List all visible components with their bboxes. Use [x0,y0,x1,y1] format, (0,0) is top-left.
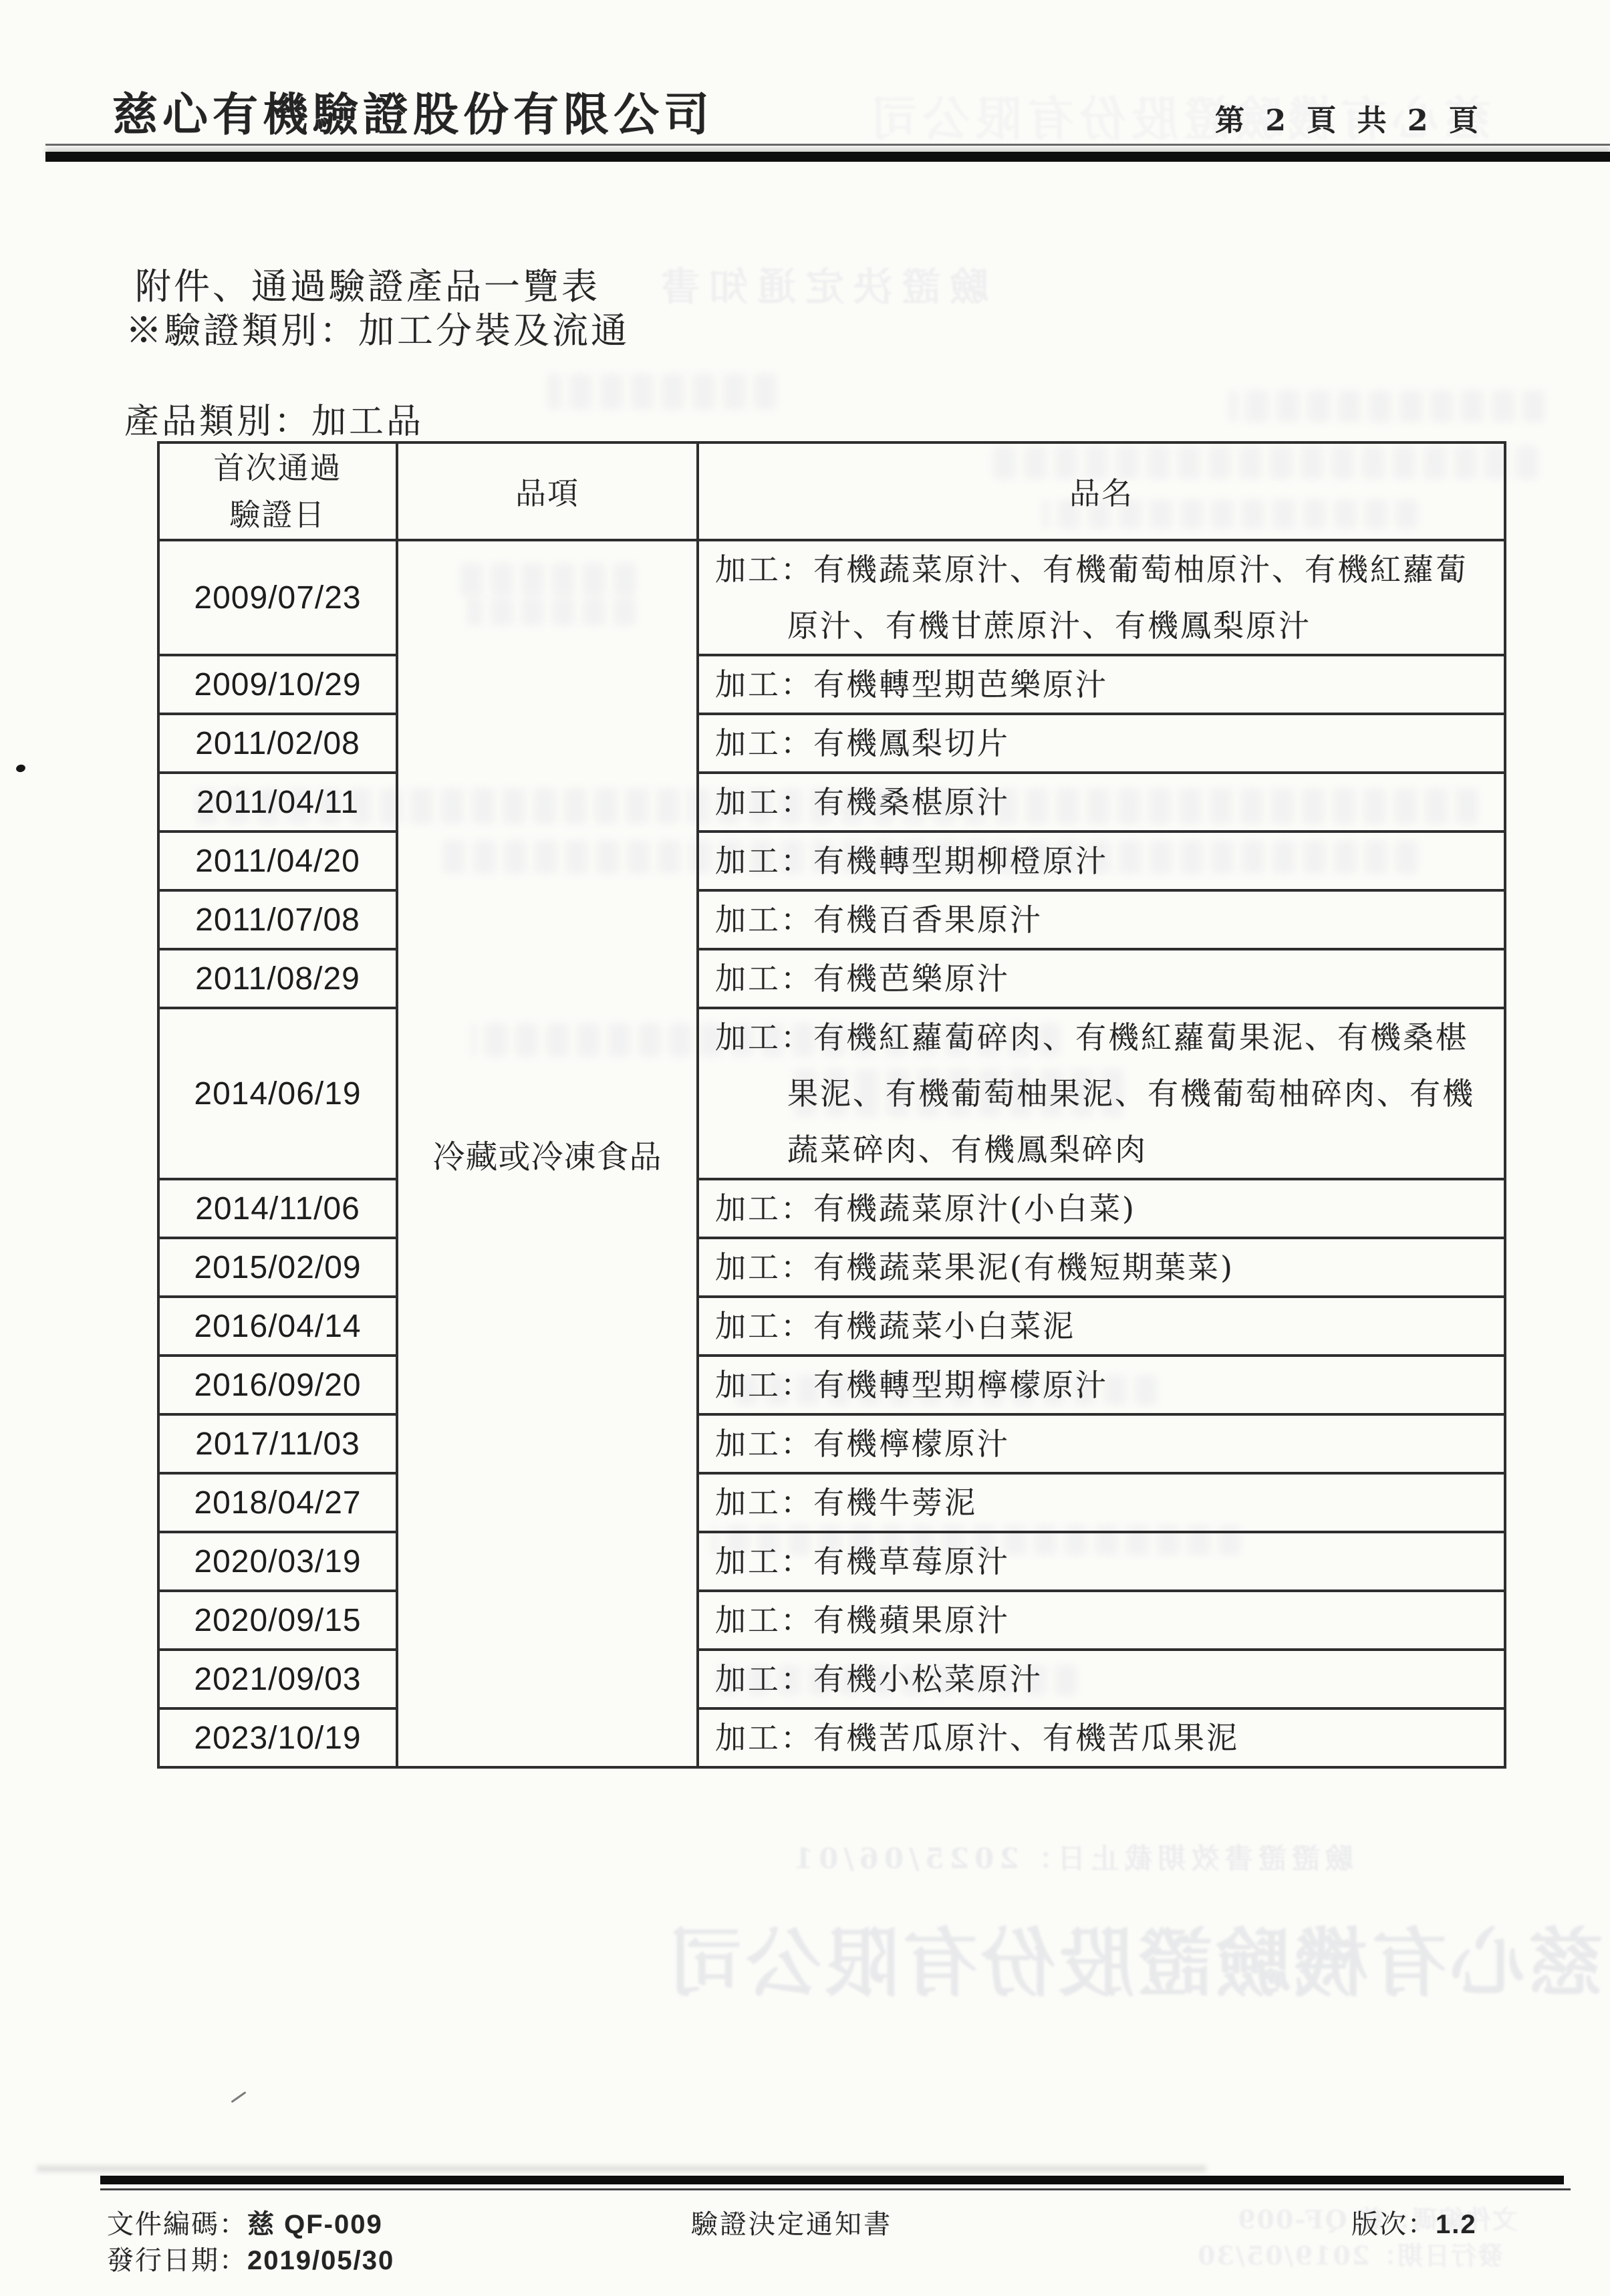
product-name-line: 加工：有機苦瓜原汁、有機苦瓜果泥 [715,1710,1493,1766]
product-name-cell: 加工：有機紅蘿蔔碎肉、有機紅蘿蔔果泥、有機桑椹果泥、有機葡萄柚果泥、有機葡萄柚碎… [698,1008,1505,1179]
page-indicator: 第 2 頁 共 2 頁 [1215,96,1480,139]
certification-type-note: ※驗證類別：加工分裝及流通 [126,302,630,354]
cert-date-cell: 2009/10/29 [158,655,397,714]
product-name-line: 原汁、有機甘蔗原汁、有機鳳梨原汁 [715,598,1493,654]
product-name-cell: 加工：有機轉型期檸檬原汁 [698,1356,1505,1414]
product-name-line: 加工：有機鳳梨切片 [715,715,1493,771]
table-header-row: 首次通過 驗證日 品項 品名 [158,442,1505,540]
header-rule-thick [45,152,1610,162]
table-row: 2018/04/27加工：有機牛蒡泥 [158,1473,1505,1532]
footer-issue-date-value: 2019/05/30 [247,2246,394,2275]
scanned-document-page: 慈心有機驗證股份有限公司 驗證決定通知書 驗證證書效期截止日：2025/06/0… [0,0,1610,2296]
table-row: 2011/04/20加工：有機轉型期柳橙原汁 [158,832,1505,890]
table-row: 2014/06/19加工：有機紅蘿蔔碎肉、有機紅蘿蔔果泥、有機桑椹果泥、有機葡萄… [158,1008,1505,1179]
product-name-line: 加工：有機蔬菜原汁、有機葡萄柚原汁、有機紅蘿蔔 [715,541,1493,598]
product-name-line: 加工：有機芭樂原汁 [715,950,1493,1007]
product-name-line: 加工：有機百香果原汁 [715,892,1493,948]
product-name-cell: 加工：有機苦瓜原汁、有機苦瓜果泥 [698,1708,1505,1767]
product-name-cell: 加工：有機百香果原汁 [698,890,1505,949]
table-row: 2020/03/19加工：有機草莓原汁 [158,1532,1505,1591]
table-row: 2014/11/06加工：有機蔬菜原汁(小白菜) [158,1179,1505,1238]
cert-date-cell: 2011/07/08 [158,890,397,949]
product-name-line: 加工：有機轉型期柳橙原汁 [715,833,1493,889]
footer-issue-date: 發行日期：2019/05/30 [107,2239,394,2277]
table-row: 2021/09/03加工：有機小松菜原汁 [158,1650,1505,1708]
footer-version-label: 版次： [1351,2209,1436,2240]
footer-rule-thin [100,2188,1571,2190]
table-row: 2011/08/29加工：有機芭樂原汁 [158,949,1505,1008]
certified-products-table: 首次通過 驗證日 品項 品名 2009/07/23冷藏或冷凍食品加工：有機蔬菜原… [157,441,1506,1769]
cert-date-cell: 2017/11/03 [158,1414,397,1473]
product-name-cell: 加工：有機草莓原汁 [698,1532,1505,1591]
footer-doc-code-label: 文件編碼： [107,2209,247,2240]
product-name-line: 加工：有機小松菜原汁 [715,1651,1493,1707]
cert-date-cell: 2014/06/19 [158,1008,397,1179]
bleedthrough-company-bottom: 慈心有機驗證股份有限公司 [665,1904,1603,2011]
product-name-line: 加工：有機蔬菜原汁(小白菜) [715,1180,1493,1237]
product-name-cell: 加工：有機鳳梨切片 [698,714,1505,773]
column-header-product-name: 品名 [698,442,1505,540]
cert-date-cell: 2016/09/20 [158,1356,397,1414]
column-header-first-cert-date: 首次通過 驗證日 [158,442,397,540]
header-rule-thin [45,144,1610,146]
footer-rule-thick [100,2176,1564,2184]
cert-date-cell: 2020/03/19 [158,1532,397,1591]
cert-date-cell: 2018/04/27 [158,1473,397,1532]
table-row: 2020/09/15加工：有機蘋果原汁 [158,1591,1505,1650]
footer-doc-title: 驗證決定通知書 [691,2203,892,2241]
item-category-cell: 冷藏或冷凍食品 [397,540,698,1767]
cert-date-cell: 2014/11/06 [158,1179,397,1238]
footer-version-value: 1.2 [1436,2210,1477,2239]
table-row: 2009/10/29加工：有機轉型期芭樂原汁 [158,655,1505,714]
table-row: 2011/02/08加工：有機鳳梨切片 [158,714,1505,773]
footer-version: 版次：1.2 [1351,2203,1477,2241]
product-name-line: 加工：有機桑椹原汁 [715,774,1493,830]
table-row: 2011/07/08加工：有機百香果原汁 [158,890,1505,949]
product-category-label: 產品類別：加工品 [124,393,424,443]
product-name-line: 加工：有機蔬菜小白菜泥 [715,1298,1493,1354]
product-name-cell: 加工：有機檸檬原汁 [698,1414,1505,1473]
table-row: 2016/09/20加工：有機轉型期檸檬原汁 [158,1356,1505,1414]
product-name-line: 加工：有機轉型期芭樂原汁 [715,656,1493,713]
product-name-cell: 加工：有機芭樂原汁 [698,949,1505,1008]
ink-speck [15,763,26,773]
cert-date-cell: 2011/04/11 [158,773,397,832]
pen-tick-mark [231,2091,246,2103]
column-header-date-line1: 首次通過 [160,444,396,491]
bleedthrough-smudge [1230,391,1544,422]
product-name-line: 果泥、有機葡萄柚果泥、有機葡萄柚碎肉、有機 [715,1065,1493,1122]
table-row: 2023/10/19加工：有機苦瓜原汁、有機苦瓜果泥 [158,1708,1505,1767]
company-name: 慈心有機驗證股份有限公司 [112,79,714,144]
table-row: 2016/04/14加工：有機蔬菜小白菜泥 [158,1297,1505,1356]
column-header-item: 品項 [397,442,698,540]
product-name-line: 加工：有機紅蘿蔔碎肉、有機紅蘿蔔果泥、有機桑椹 [715,1009,1493,1065]
footer-issue-date-label: 發行日期： [107,2245,247,2276]
cert-date-cell: 2015/02/09 [158,1238,397,1297]
bleedthrough-expiry-line: 驗證證書效期截止日：2025/06/01 [789,1837,1353,1877]
product-name-line: 加工：有機蘋果原汁 [715,1592,1493,1648]
cert-date-cell: 2021/09/03 [158,1650,397,1708]
product-name-cell: 加工：有機蔬菜果泥(有機短期葉菜) [698,1238,1505,1297]
cert-date-cell: 2023/10/19 [158,1708,397,1767]
product-name-cell: 加工：有機牛蒡泥 [698,1473,1505,1532]
product-name-line: 加工：有機蔬菜果泥(有機短期葉菜) [715,1239,1493,1295]
product-name-line: 加工：有機轉型期檸檬原汁 [715,1357,1493,1413]
product-name-line: 蔬菜碎肉、有機鳳梨碎肉 [715,1122,1493,1178]
cert-date-cell: 2011/04/20 [158,832,397,890]
footer-rule-shadow [37,2166,1206,2172]
column-header-date-line2: 驗證日 [160,491,396,538]
table-row: 2011/04/11加工：有機桑椹原汁 [158,773,1505,832]
table-row: 2017/11/03加工：有機檸檬原汁 [158,1414,1505,1473]
bleedthrough-doc-title: 驗證決定通知書 [652,255,988,311]
product-name-cell: 加工：有機蔬菜小白菜泥 [698,1297,1505,1356]
cert-date-cell: 2016/04/14 [158,1297,397,1356]
cert-date-cell: 2009/07/23 [158,540,397,655]
product-name-cell: 加工：有機蘋果原汁 [698,1591,1505,1650]
table-row: 2009/07/23冷藏或冷凍食品加工：有機蔬菜原汁、有機葡萄柚原汁、有機紅蘿蔔… [158,540,1505,655]
product-name-cell: 加工：有機桑椹原汁 [698,773,1505,832]
product-name-line: 加工：有機牛蒡泥 [715,1475,1493,1531]
product-name-cell: 加工：有機蔬菜原汁(小白菜) [698,1179,1505,1238]
product-name-cell: 加工：有機轉型期芭樂原汁 [698,655,1505,714]
cert-date-cell: 2011/02/08 [158,714,397,773]
bleedthrough-smudge [548,374,775,409]
footer-doc-code-value: 慈 QF-009 [247,2210,383,2239]
table-row: 2015/02/09加工：有機蔬菜果泥(有機短期葉菜) [158,1238,1505,1297]
footer-doc-code: 文件編碼：慈 QF-009 [107,2203,383,2241]
cert-date-cell: 2020/09/15 [158,1591,397,1650]
product-name-line: 加工：有機草莓原汁 [715,1533,1493,1589]
product-name-cell: 加工：有機轉型期柳橙原汁 [698,832,1505,890]
product-name-line: 加工：有機檸檬原汁 [715,1416,1493,1472]
product-name-cell: 加工：有機蔬菜原汁、有機葡萄柚原汁、有機紅蘿蔔原汁、有機甘蔗原汁、有機鳳梨原汁 [698,540,1505,655]
product-name-cell: 加工：有機小松菜原汁 [698,1650,1505,1708]
cert-date-cell: 2011/08/29 [158,949,397,1008]
